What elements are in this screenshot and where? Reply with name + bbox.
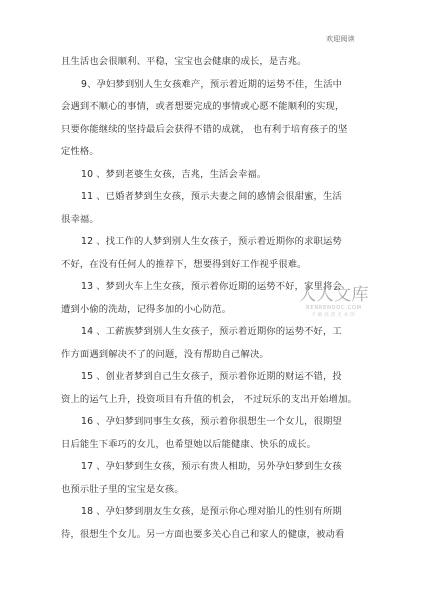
text-line: 12 、找工作的人梦到别人生女孩子，预示着近期你的求职运势 — [61, 231, 331, 254]
text-line: 会遇到不顺心的事情，或者想要完成的事情或心愿不能顺利的实现， — [61, 96, 331, 119]
text-line: 17 、孕妇梦到生女孩，预示有贵人相助，另外孕妇梦到生女孩 — [61, 456, 331, 479]
document-page: 欢迎阅读 且生活也会很顺利、平稳，宝宝也会健康的成长，是吉兆。 9、孕妇梦到别人… — [0, 0, 423, 600]
text-line: 待，很想生个女儿。另一方面也要多关心自己和家人的健康，被动看 — [61, 524, 331, 547]
text-line: 只要你能继续的坚持最后会获得不错的成就， 也有利于培育孩子的坚 — [61, 119, 331, 142]
text-line: 且生活也会很顺利、平稳，宝宝也会健康的成长，是吉兆。 — [61, 51, 331, 74]
text-line: 15 、创业者梦到自己生女孩子，预示着你近期的财运不错，投 — [61, 366, 331, 389]
text-line: 日后能生下乖巧的女儿，也希望她以后能健康、快乐的成长。 — [61, 434, 331, 457]
text-line: 作方面遇到解决不了的问题，没有帮助自己解决。 — [61, 344, 331, 367]
text-line: 10 、梦到老婆生女孩，吉兆，生活会幸福。 — [61, 164, 331, 187]
text-line: 9、孕妇梦到别人生女孩难产，预示着近期的运势不佳，生活中 — [61, 74, 331, 97]
document-body: 且生活也会很顺利、平稳，宝宝也会健康的成长，是吉兆。 9、孕妇梦到别人生女孩难产… — [61, 51, 331, 546]
text-line: 定性格。 — [61, 141, 331, 164]
text-line: 18 、孕妇梦到朋友生女孩，是预示你心理对胎儿的性别有所期 — [61, 501, 331, 524]
header-note: 欢迎阅读 — [326, 35, 355, 44]
text-line: 也预示肚子里的宝宝是女孩。 — [61, 479, 331, 502]
text-line: 16 、孕妇梦到同事生女孩，预示着你很想生一个女儿，很期望 — [61, 411, 331, 434]
text-line: 遭到小偷的洗劫，记得多加的小心防范。 — [61, 299, 331, 322]
text-line: 资上的运气上升，投资项目有升值的机会， 不过玩乐的支出开始增加。 — [61, 389, 331, 412]
text-line: 13 、梦到火车上生女孩，预示着你近期的运势不好，家里将会 — [61, 276, 331, 299]
text-line: 11 、已婚者梦到生女孩，预示夫妻之间的感情会很甜蜜，生活 — [61, 186, 331, 209]
text-line: 14 、工薪族梦到别人生女孩子，预示着近期你的运势不好，工 — [61, 321, 331, 344]
text-line: 不好，在没有任何人的推荐下，想要得到好工作视乎很难。 — [61, 254, 331, 277]
text-line: 很幸福。 — [61, 209, 331, 232]
